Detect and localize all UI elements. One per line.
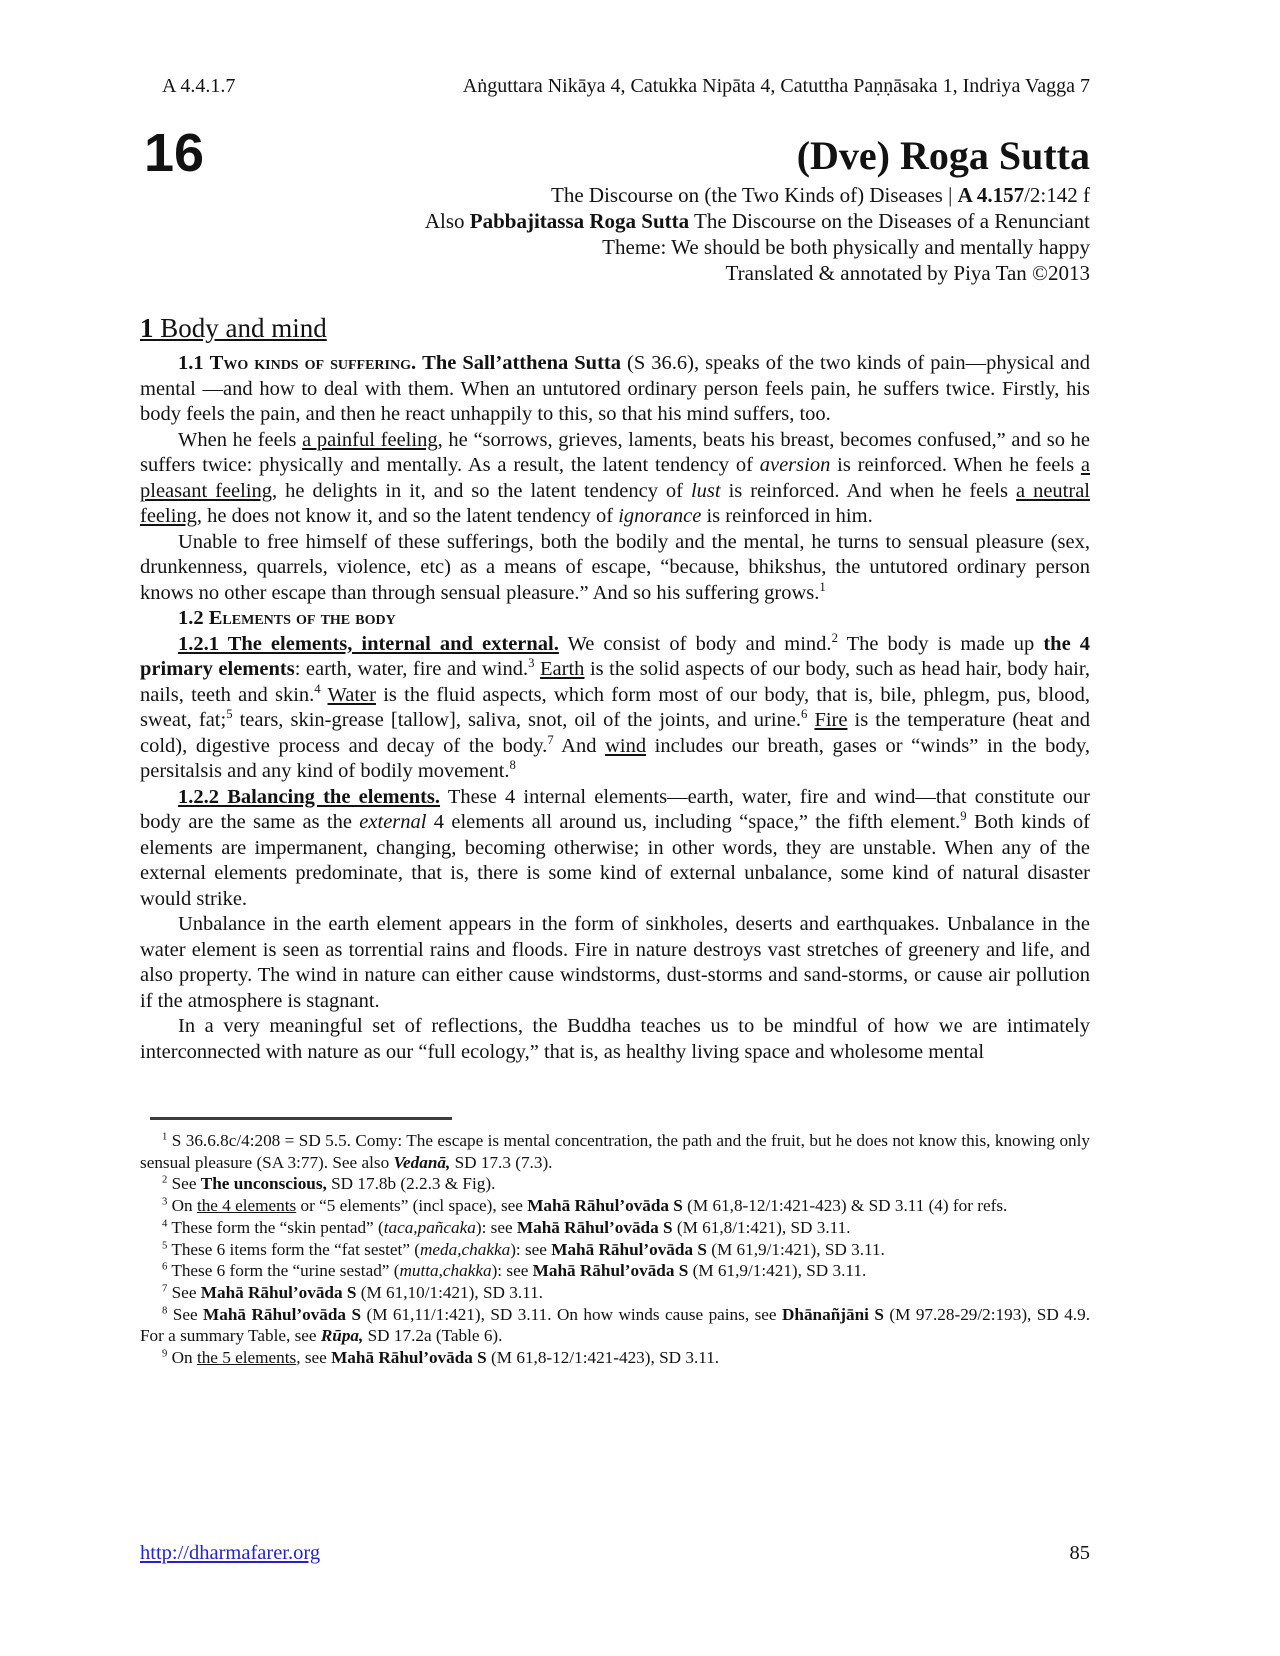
sutta-title: (Dve) Roga Sutta (140, 132, 1090, 180)
text-segment: Pabbajitassa Roga Sutta (470, 209, 689, 233)
text-segment: Vedanā, (393, 1153, 450, 1172)
text-segment: Earth (540, 658, 584, 680)
subtitle-line: The Discourse on (the Two Kinds of) Dise… (140, 182, 1090, 208)
body-paragraph: Unbalance in the earth element appears i… (140, 912, 1090, 1014)
footnote: 7 See Mahā Rāhul’ovāda S (M 61,10/1:421)… (140, 1282, 1090, 1304)
footnote-number: 4 (162, 1218, 167, 1229)
body-paragraph: 1.2 Elements of the body (140, 606, 1090, 632)
text-segment: taca,pañcaka (384, 1218, 476, 1237)
footnote: 8 See Mahā Rāhul’ovāda S (M 61,11/1:421)… (140, 1304, 1090, 1347)
text-segment: 1.1 (178, 352, 210, 374)
text-segment: Mahā Rāhul’ovāda S (527, 1196, 683, 1215)
text-segment: When he feels (178, 429, 302, 451)
text-segment: a painful feeling (302, 429, 437, 451)
text-segment: wind (605, 735, 646, 757)
website-link[interactable]: http://dharmafarer.org (140, 1541, 320, 1566)
footnote: 6 These 6 form the “urine sestad” (mutta… (140, 1260, 1090, 1282)
document-reference: A 4.4.1.7 (162, 74, 235, 98)
text-segment: tears, skin-grease [tallow], saliva, sno… (233, 709, 801, 731)
text-segment: In a very meaningful set of reflections,… (140, 1015, 1090, 1063)
text-segment: 1.2 (178, 607, 209, 629)
text-segment: (M 61,8-12/1:421-423) & SD 3.11 (4) for … (683, 1196, 1007, 1215)
text-segment: Translated & annotated by Piya Tan ©2013 (726, 261, 1090, 285)
text-segment: Mahā Rāhul’ovāda S (533, 1261, 689, 1280)
text-segment: ): see (492, 1261, 533, 1280)
text-segment: (M 61,8-12/1:421-423), SD 3.11. (487, 1348, 719, 1367)
text-segment: (M 61,8/1:421), SD 3.11. (673, 1218, 851, 1237)
footnote-number: 7 (162, 1283, 167, 1294)
text-segment: These 6 items form the “fat sestet” ( (171, 1240, 420, 1259)
text-segment: 1.2.2 Balancing the elements. (178, 786, 440, 808)
text-segment: The Discourse on (the Two Kinds of) Dise… (551, 183, 958, 207)
text-segment: Mahā Rāhul’ovāda S (331, 1348, 487, 1367)
footnote-separator (150, 1117, 452, 1120)
text-segment: Water (328, 684, 376, 706)
footnote: 9 On the 5 elements, see Mahā Rāhul’ovād… (140, 1347, 1090, 1369)
text-segment: Rūpa, (321, 1326, 364, 1345)
text-segment: is reinforced. When he feels (830, 454, 1081, 476)
text-segment: aversion (760, 454, 831, 476)
text-segment: (M 61,9/1:421), SD 3.11. (707, 1240, 885, 1259)
text-segment: Mahā Rāhul’ovāda S (203, 1305, 361, 1324)
text-segment: , he delights in it, and so the latent t… (272, 480, 691, 502)
text-segment: 4 (314, 682, 320, 696)
footnote: 3 On the 4 elements or “5 elements” (inc… (140, 1195, 1090, 1217)
nikaya-reference: Aṅguttara Nikāya 4, Catukka Nipāta 4, Ca… (463, 74, 1090, 98)
text-segment: Unable to free himself of these sufferin… (140, 531, 1090, 604)
text-segment: (M 61,10/1:421), SD 3.11. (356, 1283, 543, 1302)
text-segment: 1.2.1 The elements, internal and externa… (178, 633, 559, 655)
text-segment: (M 61,11/1:421), SD 3.11. On how winds c… (361, 1305, 782, 1324)
text-segment: mutta,chakka (399, 1261, 491, 1280)
text-segment: The Discourse on the Diseases of a Renun… (689, 209, 1090, 233)
text-segment: ): see (476, 1218, 517, 1237)
text-segment: ): see (510, 1240, 551, 1259)
text-segment: Dhānañjāni S (782, 1305, 884, 1324)
text-segment: See (173, 1305, 203, 1324)
footnote-number: 5 (162, 1240, 167, 1251)
text-segment: : earth, water, fire and wind. (295, 658, 528, 680)
footnote-number: 1 (162, 1131, 167, 1142)
text-segment: /2:142 f (1024, 183, 1090, 207)
text-segment: , he does not know it, and so the latent… (197, 505, 618, 527)
subtitle-line: Theme: We should be both physically and … (140, 234, 1090, 260)
text-segment: Fire (814, 709, 847, 731)
body-paragraph: In a very meaningful set of reflections,… (140, 1014, 1090, 1065)
section-heading: 1 Body and mind (140, 312, 1090, 344)
text-segment: is reinforced in him. (701, 505, 872, 527)
page-footer: http://dharmafarer.org 85 (140, 1541, 1090, 1566)
footnote: 2 See The unconscious, SD 17.8b (2.2.3 &… (140, 1173, 1090, 1195)
text-segment (321, 684, 328, 706)
text-segment: Elements of the body (209, 607, 396, 629)
text-segment: , see (296, 1348, 331, 1367)
text-segment: Mahā Rāhul’ovāda S (517, 1218, 673, 1237)
text-segment: Two kinds of suffering. (210, 352, 416, 374)
page-header: A 4.4.1.7 Aṅguttara Nikāya 4, Catukka Ni… (140, 74, 1090, 98)
body-content: 1.1 Two kinds of suffering. The Sall’att… (140, 351, 1090, 1065)
footnote-number: 9 (162, 1348, 167, 1359)
subtitle-line: Also Pabbajitassa Roga Sutta The Discour… (140, 208, 1090, 234)
text-segment: the 5 elements (197, 1348, 296, 1367)
text-segment: The body is made up (838, 633, 1043, 655)
text-segment: S 36.6.8c/4:208 = SD 5.5. Comy: The esca… (140, 1131, 1090, 1172)
text-segment: We consist of body and mind. (559, 633, 832, 655)
text-segment: ignorance (618, 505, 701, 527)
footnotes-list: 1 S 36.6.8c/4:208 = SD 5.5. Comy: The es… (140, 1130, 1090, 1369)
footnote-number: 2 (162, 1175, 167, 1186)
text-segment: And (554, 735, 605, 757)
text-segment: Theme: We should be both physically and … (602, 235, 1090, 259)
text-segment: On (172, 1196, 197, 1215)
text-segment: On (172, 1348, 197, 1367)
text-segment: Mahā Rāhul’ovāda S (551, 1240, 707, 1259)
text-segment: meda,chakka (420, 1240, 510, 1259)
footnote: 4 These form the “skin pentad” (taca,pañ… (140, 1217, 1090, 1239)
text-segment: Also (425, 209, 470, 233)
text-segment: is reinforced. And when he feels (721, 480, 1016, 502)
text-segment: Mahā Rāhul’ovāda S (201, 1283, 357, 1302)
text-segment: 1 (819, 580, 825, 594)
text-segment: SD 17.2a (Table 6). (363, 1326, 502, 1345)
footnote: 1 S 36.6.8c/4:208 = SD 5.5. Comy: The es… (140, 1130, 1090, 1173)
text-segment: external (359, 811, 426, 833)
text-segment: or “5 elements” (incl space), see (296, 1196, 527, 1215)
text-segment: the 4 elements (197, 1196, 296, 1215)
text-segment: (M 61,9/1:421), SD 3.11. (688, 1261, 866, 1280)
text-segment: See (172, 1283, 201, 1302)
document-page: A 4.4.1.7 Aṅguttara Nikāya 4, Catukka Ni… (0, 0, 1280, 1656)
text-segment: Body and mind (154, 313, 327, 343)
body-paragraph: 1.2.2 Balancing the elements. These 4 in… (140, 785, 1090, 913)
chapter-number: 16 (144, 126, 204, 180)
page-number: 85 (1070, 1541, 1091, 1566)
footnote-number: 6 (162, 1261, 167, 1272)
text-segment: 8 (510, 758, 516, 772)
text-segment: 1 (140, 313, 154, 343)
footnote-number: 8 (162, 1305, 167, 1316)
title-block: 16 (Dve) Roga Sutta The Discourse on (th… (140, 132, 1090, 286)
text-segment: Unbalance in the earth element appears i… (140, 913, 1090, 1012)
text-segment: 3 (528, 656, 534, 670)
text-segment: See (172, 1174, 201, 1193)
text-segment: SD 17.8b (2.2.3 & Fig). (327, 1174, 496, 1193)
text-segment: The Sall’atthena Sutta (422, 352, 621, 374)
subtitle-line: Translated & annotated by Piya Tan ©2013 (140, 260, 1090, 286)
text-segment: SD 17.3 (7.3). (450, 1153, 552, 1172)
body-paragraph: 1.2.1 The elements, internal and externa… (140, 632, 1090, 785)
footnote: 5 These 6 items form the “fat sestet” (m… (140, 1239, 1090, 1261)
text-segment: lust (691, 480, 721, 502)
text-segment: 4 elements all around us, including “spa… (426, 811, 960, 833)
text-segment: The unconscious, (201, 1174, 327, 1193)
text-segment: These form the “skin pentad” ( (171, 1218, 383, 1237)
footnote-number: 3 (162, 1196, 167, 1207)
body-paragraph: When he feels a painful feeling, he “sor… (140, 428, 1090, 530)
text-segment: These 6 form the “urine sestad” ( (171, 1261, 399, 1280)
body-paragraph: Unable to free himself of these sufferin… (140, 530, 1090, 607)
subtitle-block: The Discourse on (the Two Kinds of) Dise… (140, 182, 1090, 286)
body-paragraph: 1.1 Two kinds of suffering. The Sall’att… (140, 351, 1090, 428)
text-segment: A 4.157 (958, 183, 1025, 207)
